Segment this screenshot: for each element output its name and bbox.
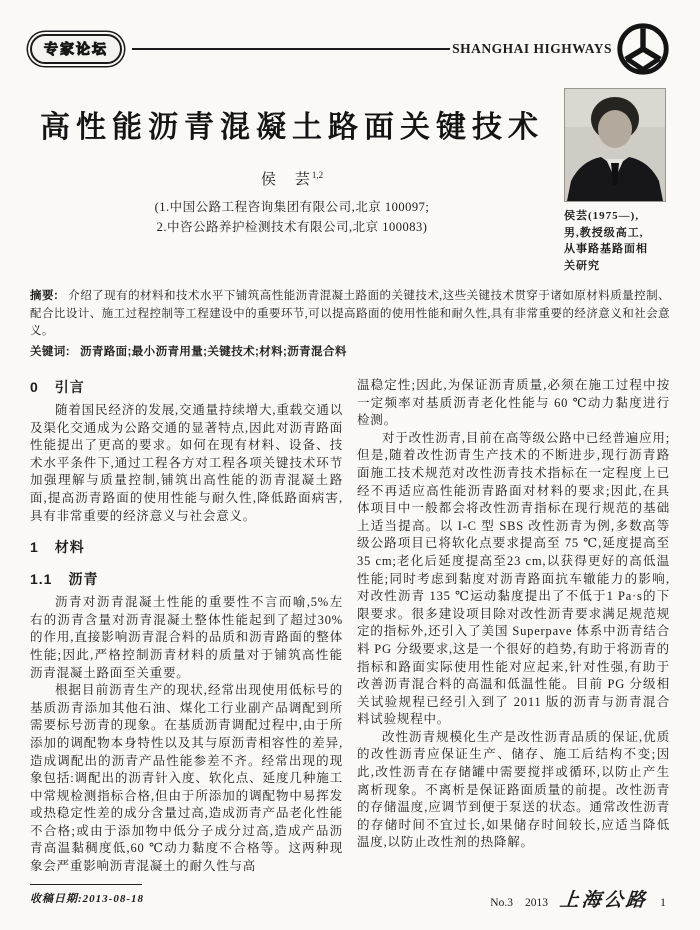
author-name: 侯 芸: [261, 172, 312, 188]
section-heading-intro: 0引言: [30, 377, 343, 397]
page-number: 1: [660, 895, 666, 910]
issue-year: 2013: [525, 897, 548, 909]
bio-line: 关研究: [564, 258, 670, 275]
affiliation-2: 2.中咨公路养护检测技术有限公司,北京 100083): [30, 217, 554, 237]
author-bio-box: 侯芸(1975—), 男,教授级高工, 从事路基路面相 关研究: [564, 88, 670, 274]
journal-name-cn: 上海公路: [559, 885, 650, 912]
section-heading-asphalt: 1.1沥青: [30, 569, 343, 589]
header-rule: [132, 48, 450, 50]
footnote-rule: [30, 884, 142, 885]
highway-wheel-logo-icon: [616, 22, 670, 76]
keywords-label: 关键词:: [30, 346, 70, 358]
author-affiliation-marks: 1,2: [312, 170, 323, 180]
asphalt-paragraph-2: 根据目前沥青生产的现状,经常出现使用低标号的基质沥青添加其他石油、煤化工行业副产…: [30, 682, 343, 876]
left-column: 0引言 随着国民经济的发展,交通量持续增大,重载交通以及渠化交通成为公路交通的显…: [30, 377, 343, 906]
title-block: 高性能沥青混凝土路面关键技术 侯 芸1,2 (1.中国公路工程咨询集团有限公司,…: [30, 88, 670, 274]
column-badge: 专家论坛: [30, 34, 122, 64]
asphalt-paragraph-1: 沥青对沥青混凝土性能的重要性不言而喻,5%左右的沥青含量对沥青混凝土整体性能起到…: [30, 594, 343, 682]
asphalt-paragraph-2-continued: 温稳定性;因此,为保证沥青质量,必须在施工过程中按一定频率对基质沥青老化性能与 …: [357, 377, 670, 430]
author-line: 侯 芸1,2: [30, 168, 554, 189]
asphalt-paragraph-4: 改性沥青规模化生产是改性沥青品质的保证,优质的改性沥青应保证生产、储存、施工后结…: [357, 729, 670, 852]
article-title: 高性能沥青混凝土路面关键技术: [30, 102, 554, 146]
abstract-text: 介绍了现有的材料和技术水平下铺筑高性能沥青混凝土路面的关键技术,这些关键技术贯穿…: [30, 290, 670, 337]
author-bio-caption: 侯芸(1975—), 男,教授级高工, 从事路基路面相 关研究: [564, 208, 670, 274]
received-date-note: 收稿日期:2013-08-18: [30, 884, 343, 906]
affiliations: (1.中国公路工程咨询集团有限公司,北京 100097; 2.中咨公路养护检测技…: [30, 197, 554, 237]
journal-name-en: SHANGHAI HIGHWAYS: [450, 41, 616, 57]
asphalt-paragraph-3: 对于改性沥青,目前在高等级公路中已经普遍应用;但是,随着改性沥青生产技术的不断进…: [357, 430, 670, 729]
column-badge-label: 专家论坛: [44, 41, 108, 57]
page-header: 专家论坛 SHANGHAI HIGHWAYS: [30, 20, 670, 78]
page-footer: No.3 2013 上海公路 1: [490, 885, 666, 912]
bio-line: 侯芸(1975—),: [564, 208, 670, 225]
bio-line: 男,教授级高工,: [564, 225, 670, 242]
abstract-block: 摘要:介绍了现有的材料和技术水平下铺筑高性能沥青混凝土路面的关键技术,这些关键技…: [30, 288, 670, 361]
title-author-area: 高性能沥青混凝土路面关键技术 侯 芸1,2 (1.中国公路工程咨询集团有限公司,…: [30, 88, 564, 274]
keywords-text: 沥青路面;最小沥青用量;关键技术;材料;沥青混合料: [80, 346, 347, 358]
bio-line: 从事路基路面相: [564, 241, 670, 258]
affiliation-1: (1.中国公路工程咨询集团有限公司,北京 100097;: [30, 197, 554, 217]
section-heading-materials: 1材料: [30, 537, 343, 557]
abstract-label: 摘要:: [30, 290, 58, 302]
author-photo: [564, 88, 666, 202]
issue-number: No.3: [490, 897, 513, 909]
received-date: 收稿日期:2013-08-18: [30, 890, 343, 906]
right-column: 温稳定性;因此,为保证沥青质量,必须在施工过程中按一定频率对基质沥青老化性能与 …: [357, 377, 670, 906]
intro-paragraph: 随着国民经济的发展,交通量持续增大,重载交通以及渠化交通成为公路交通的显著特点,…: [30, 402, 343, 525]
article-body: 0引言 随着国民经济的发展,交通量持续增大,重载交通以及渠化交通成为公路交通的显…: [30, 377, 670, 906]
journal-page: 专家论坛 SHANGHAI HIGHWAYS 高性能沥青混凝土路面关键技术 侯 …: [0, 0, 700, 930]
